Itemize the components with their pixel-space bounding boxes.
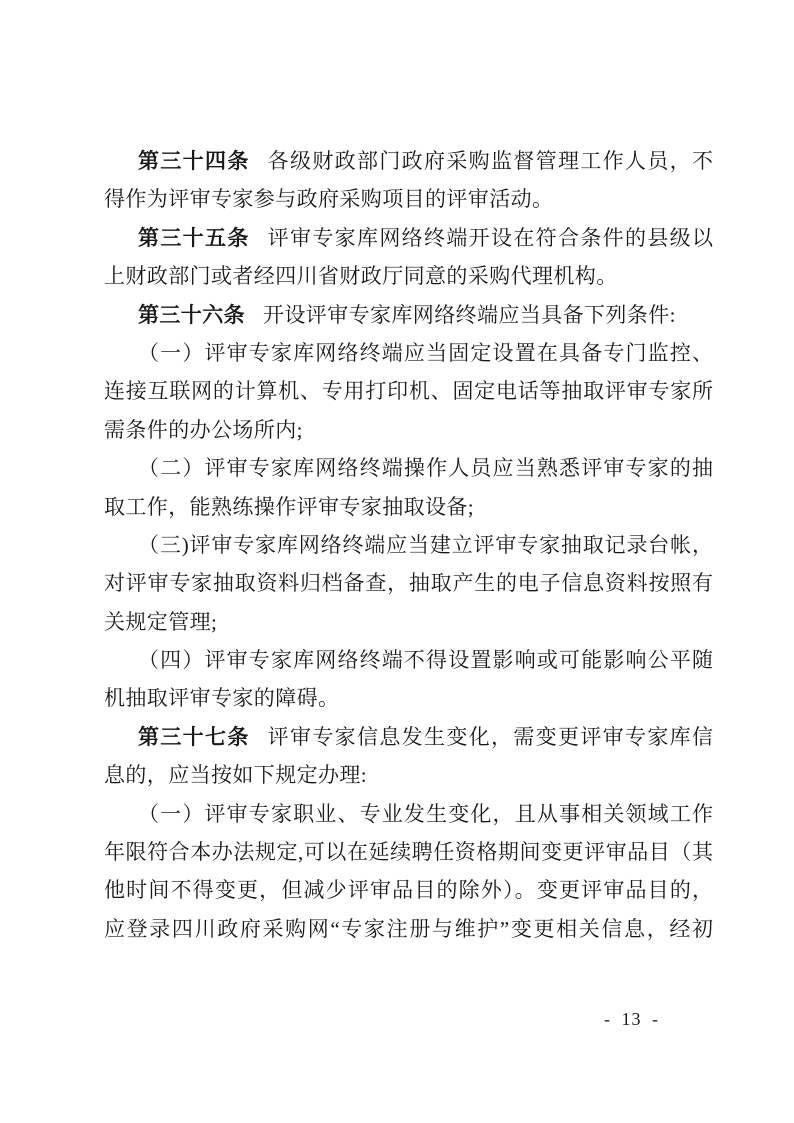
text-line-content: 需条件的办公场所内; — [104, 418, 303, 442]
text-line-content: （一）评审专家库网络终端应当固定设置在具备专门监控、 — [138, 341, 713, 365]
text-line-content: 得作为评审专家参与政府采购项目的评审活动。 — [104, 187, 553, 211]
article-number-label: 第三十七条 — [138, 725, 250, 749]
document-page: 第三十四条各级财政部门政府采购监督管理工作人员，不得作为评审专家参与政府采购项目… — [0, 0, 794, 1123]
text-line-content: 各级财政部门政府采购监督管理工作人员，不 — [268, 149, 713, 173]
text-line: 需条件的办公场所内; — [104, 411, 713, 449]
text-line: 第三十五条评审专家库网络终端开设在符合条件的县级以 — [104, 219, 713, 257]
text-line-content: （三)评审专家库网络终端应当建立评审专家抽取记录台帐， — [138, 533, 713, 557]
text-line-content: 开设评审专家库网络终端应当具备下列条件: — [263, 303, 676, 327]
text-line: 关规定管理; — [104, 603, 713, 641]
text-line-content: 连接互联网的计算机、专用打印机、固定电话等抽取评审专家所 — [104, 379, 713, 403]
text-line: 他时间不得变更，但减少评审品目的除外）。变更评审品目的， — [104, 871, 713, 909]
text-line-content: 机抽取评审专家的障碍。 — [104, 686, 339, 710]
text-line: （四）评审专家库网络终端不得设置影响或可能影响公平随 — [104, 641, 713, 679]
article-number-label: 第三十六条 — [138, 303, 245, 327]
text-line-content: （二）评审专家库网络终端操作人员应当熟悉评审专家的抽 — [138, 456, 713, 480]
text-line: （一）评审专家职业、专业发生变化，且从事相关领域工作 — [104, 795, 713, 833]
text-line-content: 对评审专家抽取资料归档备查，抽取产生的电子信息资料按照有 — [104, 571, 713, 595]
text-line: 上财政部门或者经四川省财政厅同意的采购代理机构。 — [104, 257, 713, 295]
text-line-content: 年限符合本办法规定,可以在延续聘任资格期间变更评审品目（其 — [104, 840, 713, 864]
text-line: 第三十七条评审专家信息发生变化，需变更评审专家库信 — [104, 718, 713, 756]
text-line: 应登录四川政府采购网“专家注册与维护”变更相关信息，经初 — [104, 910, 713, 948]
text-line: （三)评审专家库网络终端应当建立评审专家抽取记录台帐， — [104, 526, 713, 564]
text-line-content: 应登录四川政府采购网“专家注册与维护”变更相关信息，经初 — [104, 917, 713, 941]
article-number-label: 第三十五条 — [138, 226, 250, 250]
text-line-content: 息的，应当按如下规定办理: — [104, 763, 367, 787]
text-line: 得作为评审专家参与政府采购项目的评审活动。 — [104, 180, 713, 218]
text-line-content: 取工作，能熟练操作评审专家抽取设备; — [104, 495, 474, 519]
text-line: 年限符合本办法规定,可以在延续聘任资格期间变更评审品目（其 — [104, 833, 713, 871]
text-line: （二）评审专家库网络终端操作人员应当熟悉评审专家的抽 — [104, 449, 713, 487]
text-line-content: 关规定管理; — [104, 610, 217, 634]
text-line-content: 他时间不得变更，但减少评审品目的除外）。变更评审品目的， — [104, 878, 713, 902]
text-line-content: 评审专家库网络终端开设在符合条件的县级以 — [268, 226, 713, 250]
text-line: 息的，应当按如下规定办理: — [104, 756, 713, 794]
page-number: - 13 - — [604, 1004, 659, 1034]
text-line-content: 上财政部门或者经四川省财政厅同意的采购代理机构。 — [104, 264, 618, 288]
text-block: 第三十四条各级财政部门政府采购监督管理工作人员，不得作为评审专家参与政府采购项目… — [104, 142, 713, 948]
text-line: 连接互联网的计算机、专用打印机、固定电话等抽取评审专家所 — [104, 372, 713, 410]
text-line-content: （四）评审专家库网络终端不得设置影响或可能影响公平随 — [138, 648, 713, 672]
article-number-label: 第三十四条 — [138, 149, 250, 173]
text-line-content: 评审专家信息发生变化，需变更评审专家库信 — [268, 725, 713, 749]
text-line-content: （一）评审专家职业、专业发生变化，且从事相关领域工作 — [138, 802, 713, 826]
text-line: 第三十六条开设评审专家库网络终端应当具备下列条件: — [104, 296, 713, 334]
text-line: 第三十四条各级财政部门政府采购监督管理工作人员，不 — [104, 142, 713, 180]
text-line: 对评审专家抽取资料归档备查，抽取产生的电子信息资料按照有 — [104, 564, 713, 602]
text-line: （一）评审专家库网络终端应当固定设置在具备专门监控、 — [104, 334, 713, 372]
text-line: 取工作，能熟练操作评审专家抽取设备; — [104, 488, 713, 526]
text-line: 机抽取评审专家的障碍。 — [104, 679, 713, 717]
